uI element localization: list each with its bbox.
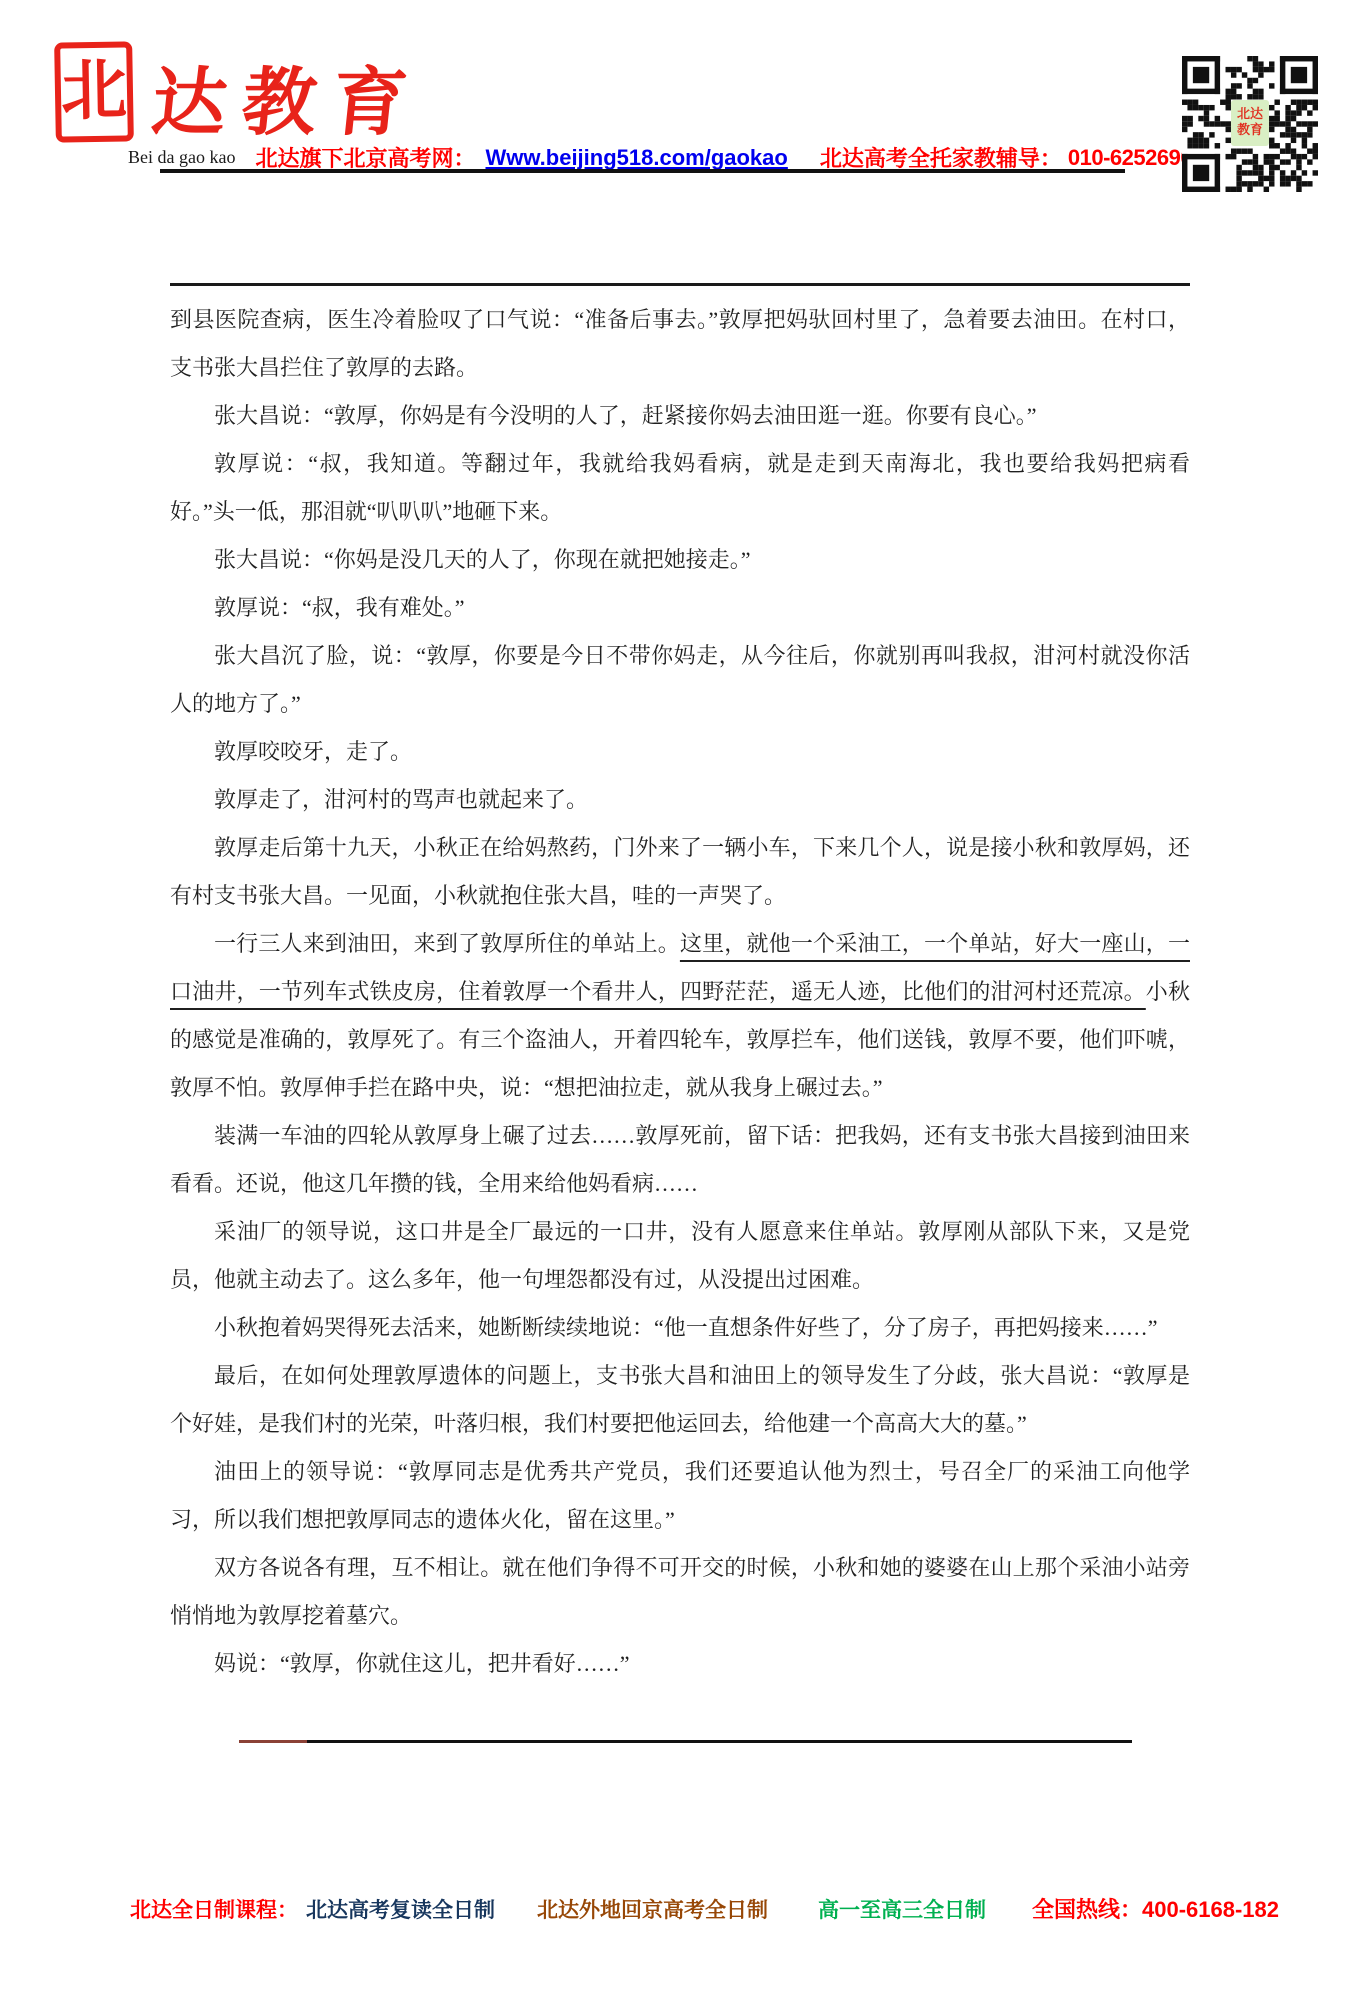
paragraph: 小秋抱着妈哭得死去活来，她断断续续地说：“他一直想条件好些了，分了房子，再把妈接… xyxy=(170,1304,1190,1352)
text-segment: 张大昌说：“敦厚，你妈是有今没明的人了，赶紧接你妈去油田逛一逛。你要有良心。” xyxy=(214,403,1037,428)
paragraph: 敦厚走了，泔河村的骂声也就起来了。 xyxy=(170,776,1190,824)
paragraph: 敦厚走后第十九天，小秋正在给妈熬药，门外来了一辆小车，下来几个人，说是接小秋和敦… xyxy=(170,824,1190,920)
footer-item: 高一至高三全日制 xyxy=(818,1894,986,1924)
paragraph: 张大昌说：“敦厚，你妈是有今没明的人了，赶紧接你妈去油田逛一逛。你要有良心。” xyxy=(170,392,1190,440)
footer-item: 全国热线：400-6168-182 xyxy=(1032,1893,1279,1924)
text-segment: 双方各说各有理，互不相让。就在他们争得不可开交的时候，小秋和她的婆婆在山上那个采… xyxy=(170,1555,1190,1628)
paragraph: 妈说：“敦厚，你就住这儿，把井看好……” xyxy=(170,1640,1190,1688)
footer-item: 北达外地回京高考全日制 xyxy=(537,1894,768,1924)
footer-items: 北达全日制课程：北达高考复读全日制北达外地回京高考全日制高一至高三全日制全国热线… xyxy=(130,1893,1280,1924)
paragraph: 张大昌沉了脸，说：“敦厚，你要是今日不带你妈走，从今往后，你就别再叫我叔，泔河村… xyxy=(170,632,1190,728)
text-segment: 一行三人来到油田，来到了敦厚所住的单站上。 xyxy=(214,931,680,956)
qr-center-label: 北达 教育 xyxy=(1231,100,1269,146)
bottom-divider xyxy=(239,1740,1132,1743)
footer-item: 北达高考复读全日制 xyxy=(306,1894,495,1924)
paragraph: 敦厚咬咬牙，走了。 xyxy=(170,728,1190,776)
paragraph: 油田上的领导说：“敦厚同志是优秀共产党员，我们还要追认他为烈士，号召全厂的采油工… xyxy=(170,1448,1190,1544)
paragraph: 双方各说各有理，互不相让。就在他们争得不可开交的时候，小秋和她的婆婆在山上那个采… xyxy=(170,1544,1190,1640)
qr-label-line2: 教育 xyxy=(1237,123,1263,139)
text-segment: 装满一车油的四轮从敦厚身上碾了过去……敦厚死前，留下话：把我妈，还有支书张大昌接… xyxy=(170,1123,1190,1196)
text-segment: 妈说：“敦厚，你就住这儿，把井看好……” xyxy=(214,1651,630,1676)
page: 北 达教育 Bei da gao kao 北达旗下北京高考网： Www.beij… xyxy=(0,0,1358,2008)
text-segment: 采油厂的领导说，这口井是全厂最远的一口井，没有人愿意来住单站。敦厚刚从部队下来，… xyxy=(170,1219,1190,1292)
paragraph: 装满一车油的四轮从敦厚身上碾了过去……敦厚死前，留下话：把我妈，还有支书张大昌接… xyxy=(170,1112,1190,1208)
logo-seal-char: 北 xyxy=(60,50,127,129)
logo: 北 达教育 xyxy=(55,42,423,150)
paragraph: 张大昌说：“你妈是没几天的人了，你现在就把她接走。” xyxy=(170,536,1190,584)
paragraph: 敦厚说：“叔，我知道。等翻过年，我就给我妈看病，就是走到天南海北，我也要给我妈把… xyxy=(170,440,1190,536)
text-segment: 油田上的领导说：“敦厚同志是优秀共产党员，我们还要追认他为烈士，号召全厂的采油工… xyxy=(170,1459,1190,1532)
footer-item: 北达全日制课程： xyxy=(130,1894,298,1924)
text-segment: 最后，在如何处理敦厚遗体的问题上，支书张大昌和油田上的领导发生了分歧，张大昌说：… xyxy=(170,1363,1190,1436)
text-segment: 敦厚说：“叔，我有难处。” xyxy=(214,595,465,620)
text-segment: 到县医院查病，医生冷着脸叹了口气说：“准备后事去。”敦厚把妈驮回村里了，急着要去… xyxy=(170,307,1190,380)
paragraph: 到县医院查病，医生冷着脸叹了口气说：“准备后事去。”敦厚把妈驮回村里了，急着要去… xyxy=(170,296,1190,392)
qr-code: 北达 教育 xyxy=(1182,56,1318,192)
body-text: 到县医院查病，医生冷着脸叹了口气说：“准备后事去。”敦厚把妈驮回村里了，急着要去… xyxy=(170,283,1190,1688)
logo-latin-text: Bei da gao kao xyxy=(128,147,235,168)
text-segment: 敦厚说：“叔，我知道。等翻过年，我就给我妈看病，就是走到天南海北，我也要给我妈把… xyxy=(170,451,1190,524)
text-segment: 敦厚咬咬牙，走了。 xyxy=(214,739,412,764)
qr-label-line1: 北达 xyxy=(1237,107,1263,123)
text-segment: 张大昌沉了脸，说：“敦厚，你要是今日不带你妈走，从今往后，你就别再叫我叔，泔河村… xyxy=(170,643,1190,716)
paragraph: 敦厚说：“叔，我有难处。” xyxy=(170,584,1190,632)
site-link[interactable]: Www.beijing518.com/gaokao xyxy=(485,145,787,171)
text-segment: 敦厚走后第十九天，小秋正在给妈熬药，门外来了一辆小车，下来几个人，说是接小秋和敦… xyxy=(170,835,1190,908)
text-segment: 敦厚走了，泔河村的骂声也就起来了。 xyxy=(214,787,588,812)
logo-text: 达教育 xyxy=(147,44,428,150)
header-divider xyxy=(160,169,1125,173)
paragraph: 最后，在如何处理敦厚遗体的问题上，支书张大昌和油田上的领导发生了分歧，张大昌说：… xyxy=(170,1352,1190,1448)
header: 北 达教育 Bei da gao kao 北达旗下北京高考网： Www.beij… xyxy=(0,0,1358,230)
text-segment: 张大昌说：“你妈是没几天的人了，你现在就把她接走。” xyxy=(214,547,751,572)
logo-seal: 北 xyxy=(54,41,134,142)
text-segment: 小秋抱着妈哭得死去活来，她断断续续地说：“他一直想条件好些了，分了房子，再把妈接… xyxy=(214,1315,1158,1340)
paragraph: 采油厂的领导说，这口井是全厂最远的一口井，没有人愿意来住单站。敦厚刚从部队下来，… xyxy=(170,1208,1190,1304)
paragraph: 一行三人来到油田，来到了敦厚所住的单站上。这里，就他一个采油工，一个单站，好大一… xyxy=(170,920,1190,1112)
